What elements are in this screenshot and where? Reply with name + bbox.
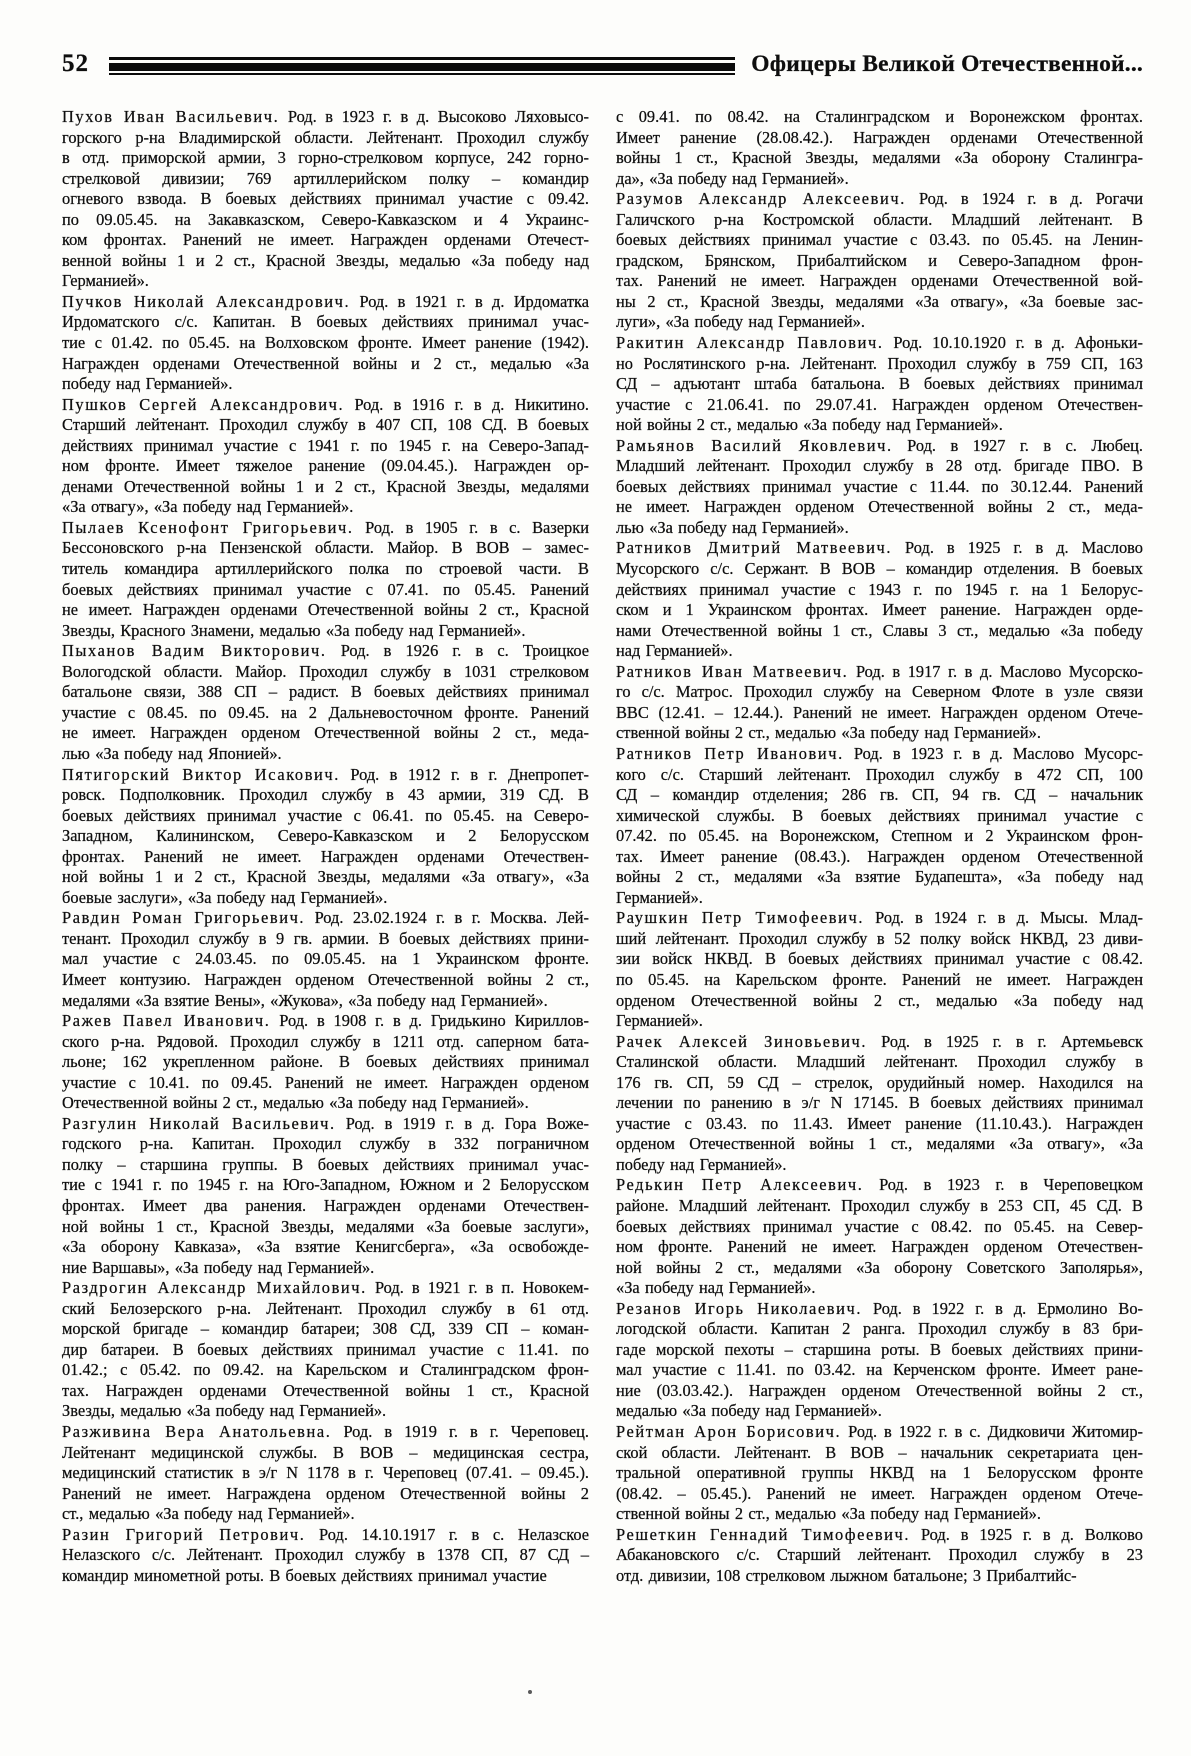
text-line: боевых действиях принимал участие с 08.4… bbox=[616, 1217, 1143, 1238]
text-line: луги», «За победу над Германией». bbox=[616, 312, 1143, 333]
text-line: ние Варшавы», «За победу над Германией». bbox=[62, 1258, 589, 1279]
text-line: боевых действиях принимал участие с 06.4… bbox=[62, 806, 589, 827]
text-line: Решеткин Геннадий Тимофеевич. Род. в 192… bbox=[616, 1525, 1143, 1546]
text-line: победу над Германией». bbox=[62, 374, 589, 395]
text-line: Рачек Алексей Зиновьевич. Род. в 1925 г.… bbox=[616, 1032, 1143, 1053]
text-line: победу над Германией». bbox=[616, 1155, 1143, 1176]
officer-entry: Пятигорский Виктор Исакович. Род. в 1912… bbox=[62, 765, 589, 909]
text-line: Старший лейтенант. Проходил службу в 407… bbox=[62, 415, 589, 436]
text-line: войны 1 ст., Красной Звезды, медалями «З… bbox=[616, 148, 1143, 169]
officer-name: Разумов Александр Алексеевич. bbox=[616, 189, 906, 208]
text-line: Звезды, Красного Знамени, медалью «За по… bbox=[62, 621, 589, 642]
text-line: Пыханов Вадим Викторович. Род. в 1926 г.… bbox=[62, 641, 589, 662]
running-title: Офицеры Великой Отечественной... bbox=[751, 51, 1143, 78]
text-line: ской области. Лейтенант. В ВОВ – начальн… bbox=[616, 1443, 1143, 1464]
text-line: логодской области. Капитан 2 ранга. Прох… bbox=[616, 1319, 1143, 1340]
text-line: участие с 10.41. по 09.45. Ранений не им… bbox=[62, 1073, 589, 1094]
text-line: огневого взвода. В боевых действиях прин… bbox=[62, 189, 589, 210]
text-line: кого с/с. Старший лейтенант. Проходил сл… bbox=[616, 765, 1143, 786]
officer-name: Пушков Сергей Александрович. bbox=[62, 395, 344, 414]
text-line: не имеет. Награжден орденом Отечественно… bbox=[62, 723, 589, 744]
text-line: Разгулин Николай Васильевич. Род. в 1919… bbox=[62, 1114, 589, 1135]
text-line: Разумов Александр Алексеевич. Род. в 192… bbox=[616, 189, 1143, 210]
text-line: батальоне связи, 388 СП – радист. В боев… bbox=[62, 682, 589, 703]
text-line: Сталинской области. Младший лейтенант. П… bbox=[616, 1052, 1143, 1073]
text-line: медалью «За победу над Германией». bbox=[616, 1401, 1143, 1422]
text-line: войны 2 ст., медалями «За взятие Будапеш… bbox=[616, 867, 1143, 888]
text-line: Бессоновского р-на Пензенской области. М… bbox=[62, 538, 589, 559]
officer-name: Ратников Иван Матвеевич. bbox=[616, 662, 848, 681]
text-line: медалями «За взятие Вены», «Жукова», «За… bbox=[62, 991, 589, 1012]
text-line: ком фронтах. Ранений не имеет. Награжден… bbox=[62, 230, 589, 251]
text-line: Отечественной войны 2 ст., медалью «За п… bbox=[62, 1093, 589, 1114]
text-line: Нелазского с/с. Лейтенант. Проходил служ… bbox=[62, 1545, 589, 1566]
text-line: по 09.05.45. на Закавказском, Северо-Кав… bbox=[62, 210, 589, 231]
text-line: с 09.41. по 08.42. на Сталинградском и В… bbox=[616, 107, 1143, 128]
text-line: ной войны 1 и 2 ст., Красной Звезды, мед… bbox=[62, 867, 589, 888]
text-line: химической службы. В боевых действиях пр… bbox=[616, 806, 1143, 827]
text-line: тах. Награжден орденами Отечественной во… bbox=[62, 1381, 589, 1402]
officer-name: Раздрогин Александр Михайлович. bbox=[62, 1278, 367, 1297]
text-line: Ирдоматского с/с. Капитан. В боевых дейс… bbox=[62, 312, 589, 333]
text-line: фронтах. Ранений не имеет. Награжден орд… bbox=[62, 847, 589, 868]
text-line: (08.42. – 05.45.). Ранений не имеет. Наг… bbox=[616, 1484, 1143, 1505]
text-line: тах. Ранений не имеет. Награжден орденам… bbox=[616, 271, 1143, 292]
text-line: Раздрогин Александр Михайлович. Род. в 1… bbox=[62, 1278, 589, 1299]
text-line: действиях принимал участие с 1941 г. по … bbox=[62, 436, 589, 457]
officer-entry: Пылаев Ксенофонт Григорьевич. Род. в 190… bbox=[62, 518, 589, 641]
text-line: орденом Отечественной войны 2 ст., медал… bbox=[616, 991, 1143, 1012]
officer-name: Пухов Иван Васильевич. bbox=[62, 107, 279, 126]
text-line: Германией». bbox=[616, 1011, 1143, 1032]
officer-entry: Рачек Алексей Зиновьевич. Род. в 1925 г.… bbox=[616, 1032, 1143, 1176]
text-line: венной войны 1 и 2 ст., Красной Звезды, … bbox=[62, 251, 589, 272]
text-line: «За отвагу», «За победу над Германией». bbox=[62, 497, 589, 518]
officer-name: Разгулин Николай Васильевич. bbox=[62, 1114, 336, 1133]
officer-entry: Пучков Николай Александрович. Род. в 192… bbox=[62, 292, 589, 395]
officer-entry: Разгулин Николай Васильевич. Род. в 1919… bbox=[62, 1114, 589, 1278]
text-line: да», «За победу над Германией». bbox=[616, 169, 1143, 190]
right-column: с 09.41. по 08.42. на Сталинградском и В… bbox=[616, 107, 1143, 1586]
text-line: денами Отечественной войны 1 и 2 ст., Кр… bbox=[62, 477, 589, 498]
text-line: боевые заслуги», «За победу над Германие… bbox=[62, 888, 589, 909]
officer-entry: Разживина Вера Анатольевна. Род. в 1919 … bbox=[62, 1422, 589, 1525]
text-line: участие с 21.06.41. по 29.07.41. Награжд… bbox=[616, 395, 1143, 416]
officer-name: Ратников Петр Иванович. bbox=[616, 744, 844, 763]
officer-name: Пятигорский Виктор Исакович. bbox=[62, 765, 340, 784]
text-line: титель командира артиллерийского полка п… bbox=[62, 559, 589, 580]
officer-entry: Ратников Петр Иванович. Род. в 1923 г. в… bbox=[616, 744, 1143, 908]
text-line: ровск. Подполковник. Проходил службу в 4… bbox=[62, 785, 589, 806]
officer-name: Ракитин Александр Павлович. bbox=[616, 333, 884, 352]
officer-entry: Равдин Роман Григорьевич. Род. 23.02.192… bbox=[62, 908, 589, 1011]
text-line: участие с 03.43. по 11.43. Имеет ранение… bbox=[616, 1114, 1143, 1135]
officer-name: Равдин Роман Григорьевич. bbox=[62, 908, 305, 927]
text-line: ной войны 1 ст., Красной Звезды, медалям… bbox=[62, 1217, 589, 1238]
text-line: не имеет. Награжден орденом Отечественно… bbox=[616, 497, 1143, 518]
text-line: ВВС (12.41. – 12.44.). Ранений не имеет.… bbox=[616, 703, 1143, 724]
text-line: «За оборону Кавказа», «За взятие Кенигсб… bbox=[62, 1237, 589, 1258]
text-line: участие с 08.45. по 09.45. на 2 Дальнево… bbox=[62, 703, 589, 724]
text-line: Ратников Дмитрий Матвеевич. Род. в 1925 … bbox=[616, 538, 1143, 559]
text-line: полку – старшина группы. В боевых действ… bbox=[62, 1155, 589, 1176]
text-line: командир минометной роты. В боевых дейст… bbox=[62, 1566, 589, 1587]
text-line: Ратников Петр Иванович. Род. в 1923 г. в… bbox=[616, 744, 1143, 765]
text-line: тие с 1941 г. по 1945 г. на Юго-Западном… bbox=[62, 1175, 589, 1196]
text-line: Абакановского с/с. Старший лейтенант. Пр… bbox=[616, 1545, 1143, 1566]
text-line: Ратников Иван Матвеевич. Род. в 1917 г. … bbox=[616, 662, 1143, 683]
text-line: фронтах. Имеет два ранения. Награжден ор… bbox=[62, 1196, 589, 1217]
text-line: Пухов Иван Васильевич. Род. в 1923 г. в … bbox=[62, 107, 589, 128]
text-line: ственной войны 2 ст., медалью «За победу… bbox=[616, 723, 1143, 744]
text-line: лью «За победу над Японией». bbox=[62, 744, 589, 765]
text-line: горского р-на Владимирской области. Лейт… bbox=[62, 128, 589, 149]
text-line: медицинский статистик в э/г N 1178 в г. … bbox=[62, 1463, 589, 1484]
text-line: Мусорского с/с. Сержант. В ВОВ – команди… bbox=[616, 559, 1143, 580]
officer-entry: Ражев Павел Иванович. Род. в 1908 г. в д… bbox=[62, 1011, 589, 1114]
text-line: Западном, Калининском, Северо-Кавказском… bbox=[62, 826, 589, 847]
text-line: тие с 01.42. по 05.45. на Волховском фро… bbox=[62, 333, 589, 354]
text-line: Резанов Игорь Николаевич. Род. в 1922 г.… bbox=[616, 1299, 1143, 1320]
text-line: ского р-на. Рядовой. Проходил службу в 1… bbox=[62, 1032, 589, 1053]
text-line: Пушков Сергей Александрович. Род. в 1916… bbox=[62, 395, 589, 416]
officer-name: Разживина Вера Анатольевна. bbox=[62, 1422, 331, 1441]
text-line: Лейтенант медицинской службы. В ВОВ – ме… bbox=[62, 1443, 589, 1464]
text-line: морской бригаде – командир батареи; 308 … bbox=[62, 1319, 589, 1340]
text-line: боевых действиях принимал участие с 07.4… bbox=[62, 580, 589, 601]
text-line: Ранений не имеет. Награждена орденом Оте… bbox=[62, 1484, 589, 1505]
officer-entry: Рамьянов Василий Яковлевич. Род. в 1927 … bbox=[616, 436, 1143, 539]
text-line: в отд. приморской армии, 3 горно-стрелко… bbox=[62, 148, 589, 169]
officer-entry: Ратников Иван Матвеевич. Род. в 1917 г. … bbox=[616, 662, 1143, 744]
text-line: Ракитин Александр Павлович. Род. 10.10.1… bbox=[616, 333, 1143, 354]
text-line: орденом Отечественной войны 1 ст., медал… bbox=[616, 1134, 1143, 1155]
text-line: тах. Имеет ранение (08.43.). Награжден о… bbox=[616, 847, 1143, 868]
officer-name: Пыханов Вадим Викторович. bbox=[62, 641, 327, 660]
text-line: гаде морской пехоты – старшина роты. В б… bbox=[616, 1340, 1143, 1361]
text-line: «За победу над Германией». bbox=[616, 1278, 1143, 1299]
officer-name: Решеткин Геннадий Тимофеевич. bbox=[616, 1525, 910, 1544]
left-column: Пухов Иван Васильевич. Род. в 1923 г. в … bbox=[62, 107, 589, 1586]
text-line: ной войны 2 ст., медалями «За оборону Со… bbox=[616, 1258, 1143, 1279]
text-line: районе. Младший лейтенант. Проходил служ… bbox=[616, 1196, 1143, 1217]
text-columns: Пухов Иван Васильевич. Род. в 1923 г. в … bbox=[62, 107, 1143, 1586]
officer-name: Пучков Николай Александрович. bbox=[62, 292, 350, 311]
text-line: 07.42. по 05.45. на Воронежском, Степном… bbox=[616, 826, 1143, 847]
text-line: СД – командир отделения; 286 гв. СП, 94 … bbox=[616, 785, 1143, 806]
officer-name: Резанов Игорь Николаевич. bbox=[616, 1299, 862, 1318]
text-line: лью «За победу над Германией». bbox=[616, 518, 1143, 539]
text-line: боевых действиях принимал участие с 11.4… bbox=[616, 477, 1143, 498]
officer-name: Редькин Петр Алексеевич. bbox=[616, 1175, 863, 1194]
officer-entry: Пушков Сергей Александрович. Род. в 1916… bbox=[62, 395, 589, 518]
text-line: го с/с. Матрос. Проходил службу на Север… bbox=[616, 682, 1143, 703]
text-line: Равдин Роман Григорьевич. Род. 23.02.192… bbox=[62, 908, 589, 929]
text-line: действиях принимал участие с 1943 г. по … bbox=[616, 580, 1143, 601]
text-line: отд. дивизии, 108 стрелковом лыжном бата… bbox=[616, 1566, 1143, 1587]
officer-entry: Ракитин Александр Павлович. Род. 10.10.1… bbox=[616, 333, 1143, 436]
text-line: тенант. Проходил службу в 9 гв. армии. В… bbox=[62, 929, 589, 950]
officer-entry: Разин Григорий Петрович. Род. 14.10.1917… bbox=[62, 1525, 589, 1587]
text-line: стрелковой дивизии; 769 артиллерийском п… bbox=[62, 169, 589, 190]
text-line: не имеет. Награжден орденами Отечественн… bbox=[62, 600, 589, 621]
text-line: Имеет ранение (28.08.42.). Награжден орд… bbox=[616, 128, 1143, 149]
text-line: мал участие с 11.41. по 03.42. на Керчен… bbox=[616, 1360, 1143, 1381]
text-line: ном фронте. Ранений не имеет. Награжден … bbox=[616, 1237, 1143, 1258]
text-line: боевых действиях принимал участие с 03.4… bbox=[616, 230, 1143, 251]
text-line: ной войны 2 ст., медалью «За победу над … bbox=[616, 415, 1143, 436]
text-line: по 05.45. на Карельском фронте. Ранений … bbox=[616, 970, 1143, 991]
text-line: Разин Григорий Петрович. Род. 14.10.1917… bbox=[62, 1525, 589, 1546]
officer-entry: Резанов Игорь Николаевич. Род. в 1922 г.… bbox=[616, 1299, 1143, 1422]
text-line: ние (03.03.42.). Награжден орденом Отече… bbox=[616, 1381, 1143, 1402]
officer-name: Рейтман Арон Борисович. bbox=[616, 1422, 841, 1441]
text-line: Галичского р-на Костромской области. Мла… bbox=[616, 210, 1143, 231]
text-line: над Германией». bbox=[616, 641, 1143, 662]
text-line: СД – адъютант штаба батальона. В боевых … bbox=[616, 374, 1143, 395]
text-line: 01.42.; с 05.42. по 09.42. на Карельском… bbox=[62, 1360, 589, 1381]
text-line: ственной войны 2 ст., медалью «За победу… bbox=[616, 1504, 1143, 1525]
page-number: 52 bbox=[62, 50, 89, 78]
text-line: ший лейтенант. Проходил службу в 52 полк… bbox=[616, 929, 1143, 950]
scan-artifact-dot bbox=[528, 1690, 532, 1694]
text-line: Раушкин Петр Тимофеевич. Род. в 1924 г. … bbox=[616, 908, 1143, 929]
officer-name: Разин Григорий Петрович. bbox=[62, 1525, 305, 1544]
text-line: Рамьянов Василий Яковлевич. Род. в 1927 … bbox=[616, 436, 1143, 457]
officer-name: Ражев Павел Иванович. bbox=[62, 1011, 270, 1030]
officer-name: Пылаев Ксенофонт Григорьевич. bbox=[62, 518, 354, 537]
officer-name: Раушкин Петр Тимофеевич. bbox=[616, 908, 864, 927]
text-line: Вологодской области. Майор. Проходил слу… bbox=[62, 662, 589, 683]
text-line: Имеет контузию. Награжден орденом Отечес… bbox=[62, 970, 589, 991]
officer-entry: Пыханов Вадим Викторович. Род. в 1926 г.… bbox=[62, 641, 589, 764]
officer-name: Ратников Дмитрий Матвеевич. bbox=[616, 538, 892, 557]
text-line: Награжден орденами Отечественной войны и… bbox=[62, 354, 589, 375]
officer-name: Рамьянов Василий Яковлевич. bbox=[616, 436, 893, 455]
text-line: Младший лейтенант. Проходил службу в 28 … bbox=[616, 456, 1143, 477]
text-line: Разживина Вера Анатольевна. Род. в 1919 … bbox=[62, 1422, 589, 1443]
text-line: Рейтман Арон Борисович. Род. в 1922 г. в… bbox=[616, 1422, 1143, 1443]
text-line: ском и 1 Украинском фронтах. Имеет ранен… bbox=[616, 600, 1143, 621]
officer-entry: Пухов Иван Васильевич. Род. в 1923 г. в … bbox=[62, 107, 589, 292]
text-line: тральной оперативной группы НКВД на 1 Бе… bbox=[616, 1463, 1143, 1484]
text-line: ский Белозерского р-на. Лейтенант. Прохо… bbox=[62, 1299, 589, 1320]
officer-entry: Разумов Александр Алексеевич. Род. в 192… bbox=[616, 189, 1143, 333]
text-line: ны 2 ст., Красной Звезды, медалями «За о… bbox=[616, 292, 1143, 313]
text-line: но Рослятинского р-на. Лейтенант. Проход… bbox=[616, 354, 1143, 375]
text-line: Редькин Петр Алексеевич. Род. в 1923 г. … bbox=[616, 1175, 1143, 1196]
officer-name: Рачек Алексей Зиновьевич. bbox=[616, 1032, 867, 1051]
entry-continuation: с 09.41. по 08.42. на Сталинградском и В… bbox=[616, 107, 1143, 189]
text-line: 176 гв. СП, 59 СД – стрелок, орудийный н… bbox=[616, 1073, 1143, 1094]
officer-entry: Редькин Петр Алексеевич. Род. в 1923 г. … bbox=[616, 1175, 1143, 1298]
text-line: дир батареи. В боевых действиях принимал… bbox=[62, 1340, 589, 1361]
text-line: Ражев Павел Иванович. Род. в 1908 г. в д… bbox=[62, 1011, 589, 1032]
text-line: Пучков Николай Александрович. Род. в 192… bbox=[62, 292, 589, 313]
text-line: льоне; 162 укрепленном районе. В боевых … bbox=[62, 1052, 589, 1073]
text-line: лечении по ранению в э/г N 17145. В боев… bbox=[616, 1093, 1143, 1114]
book-page: 52 Офицеры Великой Отечественной... Пухо… bbox=[0, 0, 1191, 1756]
officer-entry: Рейтман Арон Борисович. Род. в 1922 г. в… bbox=[616, 1422, 1143, 1525]
text-line: мал участие с 24.03.45. по 09.05.45. на … bbox=[62, 949, 589, 970]
text-line: Звезды, медалью «За победу над Германией… bbox=[62, 1401, 589, 1422]
officer-entry: Решеткин Геннадий Тимофеевич. Род. в 192… bbox=[616, 1525, 1143, 1587]
text-line: Германией». bbox=[62, 271, 589, 292]
text-line: зии войск НКВД. В боевых действиях прини… bbox=[616, 949, 1143, 970]
officer-entry: Раушкин Петр Тимофеевич. Род. в 1924 г. … bbox=[616, 908, 1143, 1031]
text-line: Германией». bbox=[616, 888, 1143, 909]
text-line: Пылаев Ксенофонт Григорьевич. Род. в 190… bbox=[62, 518, 589, 539]
text-line: Пятигорский Виктор Исакович. Род. в 1912… bbox=[62, 765, 589, 786]
text-line: градском, Брянском, Прибалтийском и Севе… bbox=[616, 251, 1143, 272]
page-header: 52 Офицеры Великой Отечественной... bbox=[62, 50, 1143, 78]
text-line: нами Отечественной войны 1 ст., Славы 3 … bbox=[616, 621, 1143, 642]
text-line: ст., медалью «За победу над Германией». bbox=[62, 1504, 589, 1525]
officer-entry: Ратников Дмитрий Матвеевич. Род. в 1925 … bbox=[616, 538, 1143, 661]
text-line: годского р-на. Капитан. Проходил службу … bbox=[62, 1134, 589, 1155]
text-line: ном фронте. Имеет тяжелое ранение (09.04… bbox=[62, 456, 589, 477]
header-rule bbox=[109, 56, 735, 75]
officer-entry: Раздрогин Александр Михайлович. Род. в 1… bbox=[62, 1278, 589, 1422]
